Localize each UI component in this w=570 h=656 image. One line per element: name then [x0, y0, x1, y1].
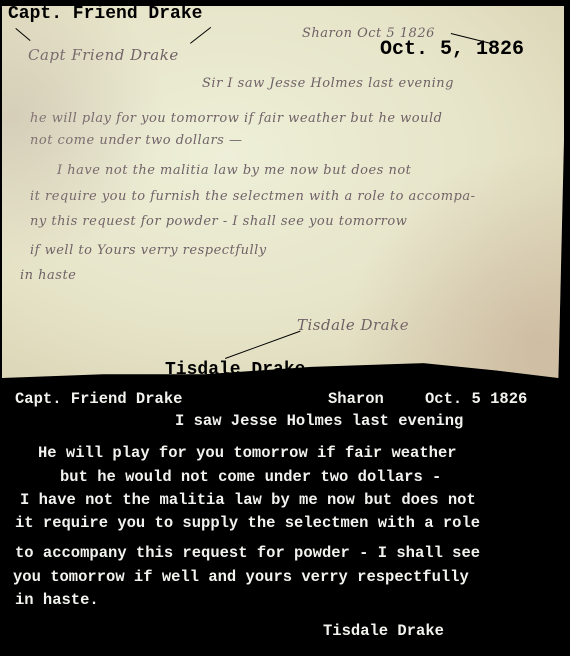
transcript-line: you tomorrow if well and yours verry res…	[13, 568, 469, 586]
transcript-greeting: I saw Jesse Holmes last evening	[175, 412, 463, 430]
transcript-line: in haste.	[15, 591, 99, 609]
transcript-line: He will play for you tomorrow if fair we…	[38, 444, 457, 462]
transcript-line: to accompany this request for powder - I…	[15, 544, 480, 562]
handwriting-line: ny this request for powder - I shall see…	[30, 214, 407, 229]
addressee-label: Capt. Friend Drake	[8, 4, 202, 24]
handwriting-signature: Tisdale Drake	[297, 316, 409, 334]
handwriting-line: Sir I saw Jesse Holmes last evening	[202, 76, 454, 91]
transcript-signature: Tisdale Drake	[323, 622, 444, 640]
handwriting-line: in haste	[20, 268, 76, 283]
handwriting-line: I have not the malitia law by me now but…	[57, 163, 411, 178]
handwriting-line: he will play for you tomorrow if fair we…	[30, 111, 442, 126]
transcript-addressee: Capt. Friend Drake	[15, 390, 182, 408]
transcript-date: Oct. 5 1826	[425, 390, 527, 408]
handwriting-line: if well to Yours verry respectfully	[30, 243, 267, 258]
transcript-line: I have not the malitia law by me now but…	[20, 491, 476, 509]
signature-label: Tisdale Drake	[165, 360, 305, 380]
transcript-line: it require you to supply the selectmen w…	[15, 514, 480, 532]
transcript-place: Sharon	[328, 390, 384, 408]
transcript-line: but he would not come under two dollars …	[60, 468, 441, 486]
handwriting-line: Capt Friend Drake	[28, 46, 179, 64]
handwriting-line: it require you to furnish the selectmen …	[30, 189, 475, 204]
date-label: Oct. 5, 1826	[380, 38, 524, 61]
manuscript-letter-image: Capt Friend Drake Sharon Oct 5 1826 Sir …	[2, 6, 564, 378]
handwriting-line: not come under two dollars —	[30, 133, 242, 148]
